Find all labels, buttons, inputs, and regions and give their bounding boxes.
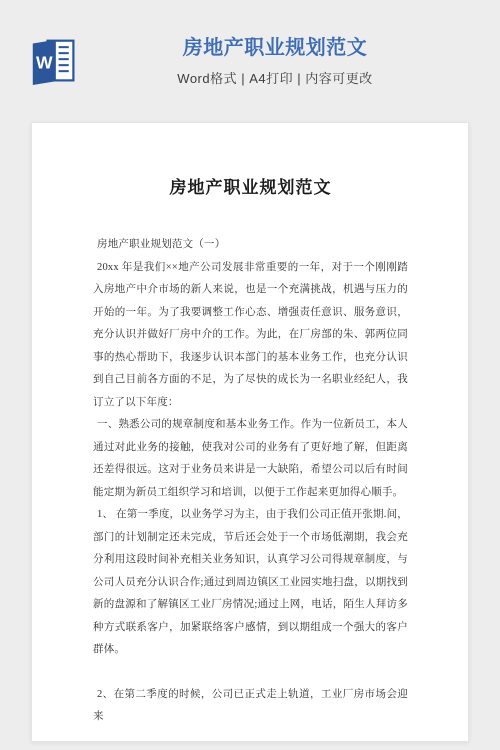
header: W 房地产职业规划范文 Word格式 | A4打印 | 内容可更改: [0, 0, 500, 122]
header-text-block: 房地产职业规划范文 Word格式 | A4打印 | 内容可更改: [78, 35, 472, 87]
document-title: 房地产职业规划范文: [93, 173, 408, 198]
document-paragraph-1: 房地产职业规划范文（一）: [93, 234, 408, 257]
document-page-preview: 房地产职业规划范文 房地产职业规划范文（一） 20xx 年是我们××地产公司发展…: [31, 122, 469, 742]
format-info: Word格式 | A4打印 | 内容可更改: [177, 68, 372, 87]
word-icon-graphic: W: [30, 35, 78, 87]
document-paragraph-3: 一、熟悉公司的规章制度和基本业务工作。作为一位新员工，本人通过对此业务的接触，使…: [93, 414, 408, 504]
word-icon-letter: W: [36, 52, 53, 72]
page-number: 1: [32, 690, 468, 699]
document-paragraph-4: 1、 在第一季度，以业务学习为主，由于我们公司正值开张期.间，部门的计划制定还未…: [93, 504, 408, 662]
document-paragraph-2: 20xx 年是我们××地产公司发展非常重要的一年，对于一个刚刚踏入房地产中介市场…: [93, 257, 408, 415]
word-file-icon: W: [30, 35, 78, 87]
page-title: 房地产职业规划范文: [183, 35, 368, 61]
